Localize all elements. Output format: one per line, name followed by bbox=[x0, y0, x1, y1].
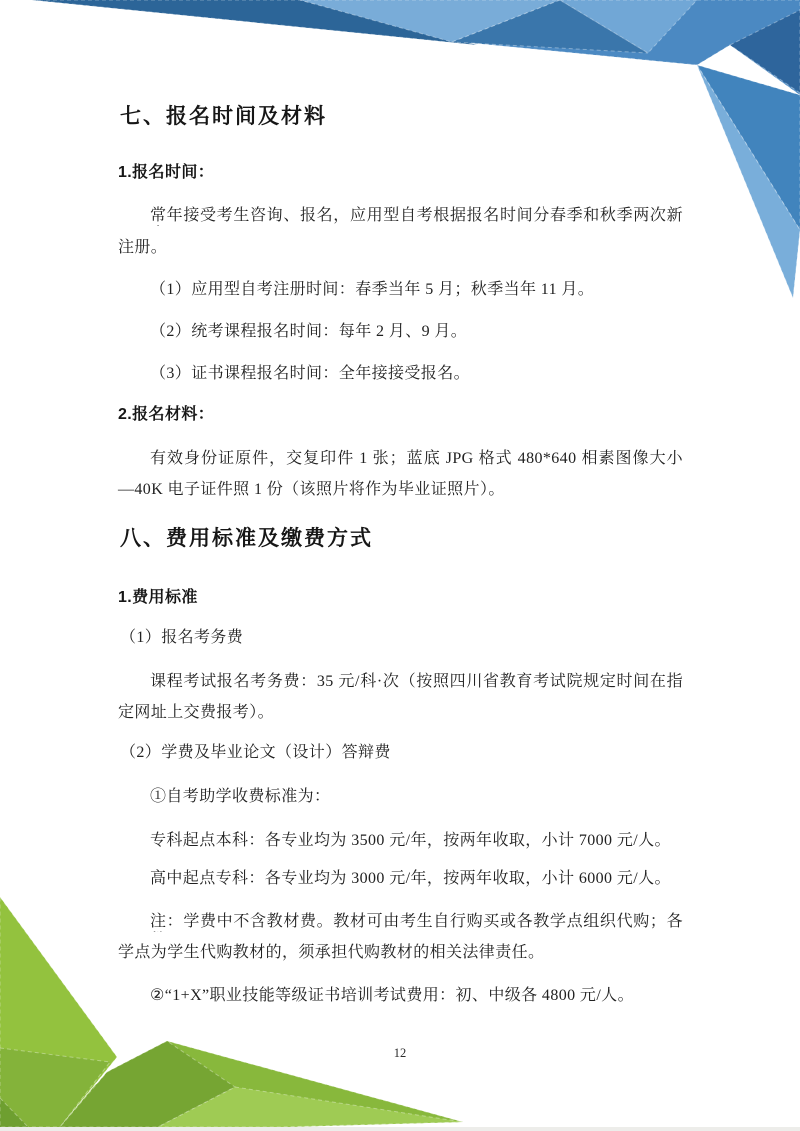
list-item: （2）统考课程报名时间：每年 2 月、9 月。 bbox=[150, 322, 467, 341]
bottom-left-bright-mountain-shape bbox=[0, 897, 117, 1127]
page-bottom-edge-strip bbox=[0, 1127, 800, 1131]
list-item: （1）应用型自考注册时间：春季当年 5 月；秋季当年 11 月。 bbox=[150, 280, 594, 299]
subsection-label: 1.费用标准 bbox=[118, 588, 198, 607]
paragraph-line: 高中起点专科：各专业均为 3000 元/年，按两年收取，小计 6000 元/人。 bbox=[150, 869, 671, 888]
paragraph-line: 专科起点本科：各专业均为 3500 元/年，按两年收取，小计 7000 元/人。 bbox=[150, 831, 671, 850]
paragraph-line: 课程考试报名考务费：35 元/科·次（按照四川省教育考试院规定时间在指 bbox=[150, 672, 683, 692]
list-item: （2）学费及毕业论文（设计）答辩费 bbox=[120, 743, 391, 762]
paragraph-line: 定网址上交费报考）。 bbox=[118, 703, 274, 722]
document-page: 七、报名时间及材料 1.报名时间： 常年接受考生咨询、报名，应用型自考根据报名时… bbox=[0, 0, 800, 1131]
top-right-column-shape bbox=[697, 65, 800, 230]
list-item: ②“1+X”职业技能等级证书培训考试费用：初、中级各 4800 元/人。 bbox=[150, 986, 634, 1005]
top-banner-dark-left-shape bbox=[32, 0, 477, 45]
paragraph-line: 注：学费中不含教材费。教材可由考生自行购买或各教学点组织代购；各教 bbox=[150, 912, 683, 932]
list-item: （1）报名考务费 bbox=[120, 628, 243, 647]
paragraph-line: 学点为学生代购教材的，须承担代购教材的相关法律责任。 bbox=[118, 943, 544, 962]
bottom-mid-tail-light-shape bbox=[158, 1087, 463, 1127]
list-item: （3）证书课程报名时间：全年接接受报名。 bbox=[150, 364, 470, 383]
top-banner-middark-shape bbox=[452, 0, 648, 53]
section-heading: 七、报名时间及材料 bbox=[120, 104, 327, 129]
paragraph-line: 有效身份证原件，交复印件 1 张；蓝底 JPG 格式 480*640 相素图像大… bbox=[150, 449, 683, 469]
paragraph-line: —40K 电子证件照 1 份（该照片将作为毕业证照片）。 bbox=[118, 480, 505, 499]
subsection-label: 2.报名材料： bbox=[118, 405, 214, 424]
paragraph-line: 常年接受考生咨询、报名，应用型自考根据报名时间分春季和秋季两次新生 bbox=[150, 206, 683, 226]
section-heading: 八、费用标准及缴费方式 bbox=[120, 526, 373, 551]
top-right-dark-triangle bbox=[730, 10, 800, 93]
top-banner-light-right-shape bbox=[560, 0, 697, 53]
page-number: 12 bbox=[0, 1046, 800, 1061]
top-banner-base-shape bbox=[32, 0, 800, 95]
subsection-label: 1.报名时间： bbox=[118, 163, 214, 182]
top-right-pale-spike-shape bbox=[697, 65, 800, 298]
bottom-left-dark-corner-shape bbox=[0, 1098, 28, 1127]
top-banner-light-mid-shape bbox=[300, 0, 560, 42]
paragraph-line: 注册。 bbox=[118, 238, 167, 257]
list-item: ①自考助学收费标准为： bbox=[150, 787, 330, 806]
